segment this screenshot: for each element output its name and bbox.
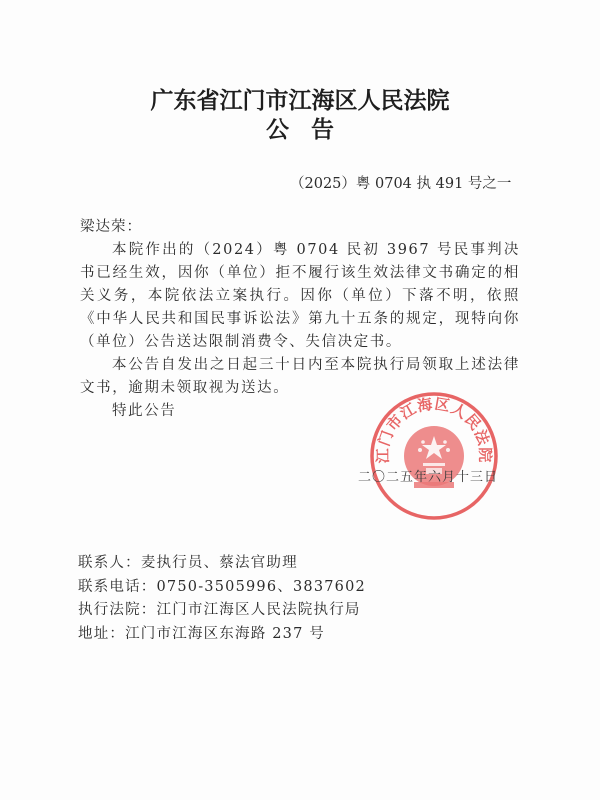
contact-person-value: 麦执行员、蔡法官助理 xyxy=(141,555,298,571)
executing-court-line: 执行法院：江门市江海区人民法院执行局 xyxy=(78,599,366,623)
contact-person-label: 联系人： xyxy=(78,555,141,571)
contact-phone-value: 0750-3505996、3837602 xyxy=(157,579,366,595)
court-name-title: 广东省江门市江海区人民法院 xyxy=(0,88,600,114)
contact-person-line: 联系人：麦执行员、蔡法官助理 xyxy=(78,552,366,576)
issue-date: 二〇二五年六月十三日 xyxy=(358,468,498,488)
court-seal-icon: 江门市江海区人民法院 xyxy=(368,390,500,522)
address-line: 地址：江门市江海区东海路 237 号 xyxy=(78,623,366,647)
contact-phone-line: 联系电话：0750-3505996、3837602 xyxy=(78,576,366,600)
contact-phone-label: 联系电话： xyxy=(78,579,157,595)
paragraph-judgment-notice: 本院作出的（2024）粤 0704 民初 3967 号民事判决书已经生效，因你（… xyxy=(80,239,520,354)
address-value: 江门市江海区东海路 237 号 xyxy=(125,626,325,642)
address-label: 地址： xyxy=(78,626,125,642)
addressee: 梁达荣： xyxy=(80,216,142,239)
executing-court-value: 江门市江海区人民法院执行局 xyxy=(157,602,361,618)
case-number: （2025）粤 0704 执 491 号之一 xyxy=(290,174,511,194)
notice-page: 广东省江门市江海区人民法院 公告 （2025）粤 0704 执 491 号之一 … xyxy=(0,0,600,800)
contact-info-block: 联系人：麦执行员、蔡法官助理 联系电话：0750-3505996、3837602… xyxy=(78,552,366,646)
executing-court-label: 执行法院： xyxy=(78,602,157,618)
document-type-title: 公告 xyxy=(0,117,600,143)
